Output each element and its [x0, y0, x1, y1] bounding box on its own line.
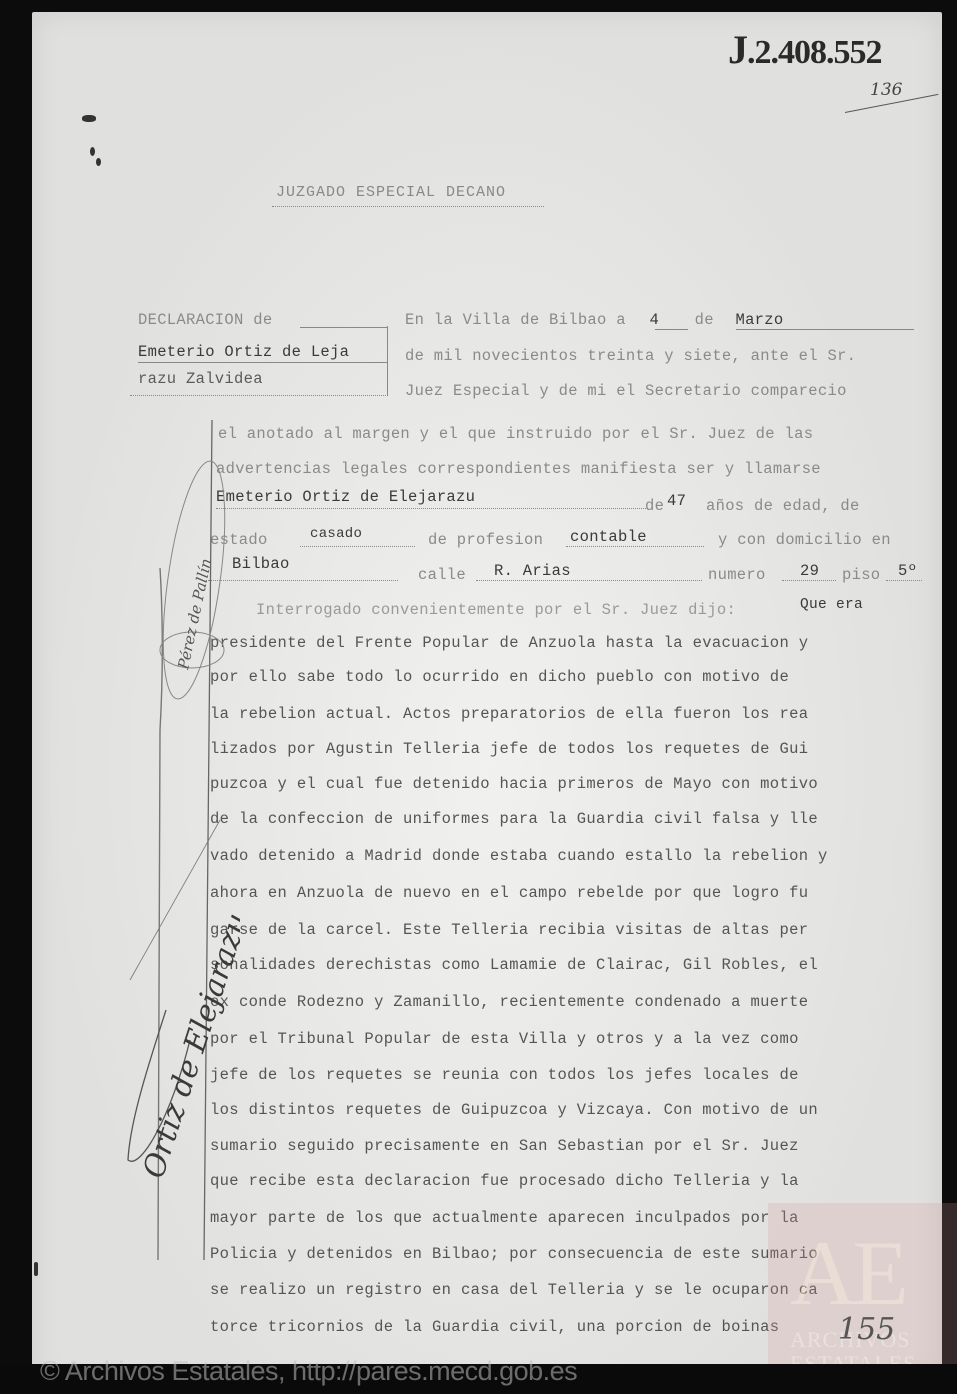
body-line: jefe de los requetes se reunia con todos…: [210, 1066, 799, 1084]
intro-line-2: de mil novecientos treinta y siete, ante…: [405, 347, 856, 365]
declaration-label: DECLARACION de: [138, 311, 272, 329]
court-header-title: JUZGADO ESPECIAL DECANO: [276, 184, 506, 201]
margin-box-right-border: [387, 326, 388, 396]
margin-box-bottom: [130, 395, 388, 396]
stamp-prefix: J: [728, 27, 747, 72]
day-underline: [655, 329, 688, 330]
body-line: presidente del Frente Popular de Anzuola…: [210, 634, 808, 652]
body-line: sumario seguido precisamente en San Seba…: [210, 1137, 799, 1155]
full-name-field: Emeterio Ortiz de Elejarazu: [216, 488, 475, 506]
declarant-name-line1: Emeterio Ortiz de Leja: [138, 343, 349, 361]
copyright-notice: © Archivos Estatales, http://pares.mecd.…: [40, 1356, 577, 1387]
estado-field: casado: [310, 526, 362, 542]
age-field: 47: [667, 492, 686, 510]
body-line: por ello sabe todo lo ocurrido en dicho …: [210, 668, 789, 686]
numero-field: 29: [800, 562, 819, 580]
body-line: por el Tribunal Popular de esta Villa y …: [210, 1030, 799, 1048]
interrogation-intro: Interrogado convenientemente por el Sr. …: [256, 601, 736, 619]
calle-field: R. Arias: [494, 562, 571, 580]
header-underline: [272, 206, 544, 207]
declarant-name-line2: razu Zalvidea: [138, 370, 263, 388]
body-line: de la confeccion de uniformes para la Gu…: [210, 810, 818, 828]
stamp-number: .2.408.552: [747, 34, 882, 71]
intro-line-1: En la Villa de Bilbao a 4 de Marzo: [405, 311, 784, 329]
age-prefix: de: [645, 497, 664, 515]
month-underline: [736, 329, 914, 330]
punch-hole-mark: [90, 147, 95, 156]
body-line: Policia y detenidos en Bilbao; por conse…: [210, 1245, 818, 1263]
declaration-label-line: [300, 327, 388, 328]
margin-signatures: Pérez de Pallín Ortiz de Elejarazu: [100, 400, 240, 1260]
intro-line-3: Juez Especial y de mi el Secretario comp…: [405, 382, 847, 400]
intro-line-4: el anotado al margen y el que instruido …: [218, 425, 813, 443]
reference-stamp: J.2.408.552: [728, 26, 882, 73]
folio-number-bottom: 155: [838, 1312, 895, 1347]
body-line: lizados por Agustin Telleria jefe de tod…: [210, 740, 808, 758]
punch-hole-mark: [34, 1262, 38, 1276]
body-line: los distintos requetes de Guipuzcoa y Vi…: [210, 1101, 818, 1119]
body-line-0: Que era: [800, 597, 863, 613]
body-line: vado detenido a Madrid donde estaba cuan…: [210, 847, 828, 865]
punch-hole-mark: [96, 158, 101, 166]
calle-underline: [476, 580, 702, 581]
name-line1-underline: [138, 362, 388, 363]
body-line: mayor parte de los que actualmente apare…: [210, 1209, 799, 1227]
svg-text:Ortiz de Elejarazu: Ortiz de Elejarazu: [136, 909, 240, 1183]
body-line: que recibe esta declaracion fue procesad…: [210, 1172, 799, 1190]
age-suffix: años de edad, de: [706, 497, 860, 515]
numero-label: numero: [708, 566, 766, 584]
numero-underline: [782, 580, 836, 581]
calle-label: calle: [418, 566, 466, 584]
profesion-field: contable: [570, 528, 647, 546]
punch-hole-mark: [82, 115, 96, 122]
piso-underline: [886, 580, 922, 581]
body-line: puzcoa y el cual fue detenido hacia prim…: [210, 775, 818, 793]
intro-text: En la Villa de Bilbao a: [405, 311, 626, 329]
domicilio-field: Bilbao: [232, 555, 290, 573]
full-name-underline: [216, 508, 646, 509]
intro-line-5: advertencias legales correspondientes ma…: [216, 460, 821, 478]
body-line: torce tricornios de la Guardia civil, un…: [210, 1318, 779, 1336]
archive-watermark-logo: AE: [790, 1220, 905, 1326]
body-line: ex conde Rodezno y Zamanillo, recienteme…: [210, 993, 808, 1011]
folio-number-top: 136: [870, 80, 902, 100]
body-line: se realizo un registro en casa del Telle…: [210, 1281, 818, 1299]
piso-field: 5º: [898, 562, 917, 580]
body-line: sonalidades derechistas como Lamamie de …: [210, 956, 818, 974]
piso-label: piso: [842, 566, 880, 584]
profesion-label: de profesion: [428, 531, 543, 549]
body-line: ahora en Anzuola de nuevo en el campo re…: [210, 884, 808, 902]
intro-text: de: [695, 311, 714, 329]
domicilio-label: y con domicilio en: [718, 531, 891, 549]
body-line: la rebelion actual. Actos preparatorios …: [210, 705, 808, 723]
date-month: Marzo: [735, 311, 783, 329]
date-day: 4: [649, 311, 659, 329]
profesion-underline: [566, 546, 704, 547]
estado-underline: [300, 546, 415, 547]
body-line: garse de la carcel. Este Telleria recibi…: [210, 921, 808, 939]
